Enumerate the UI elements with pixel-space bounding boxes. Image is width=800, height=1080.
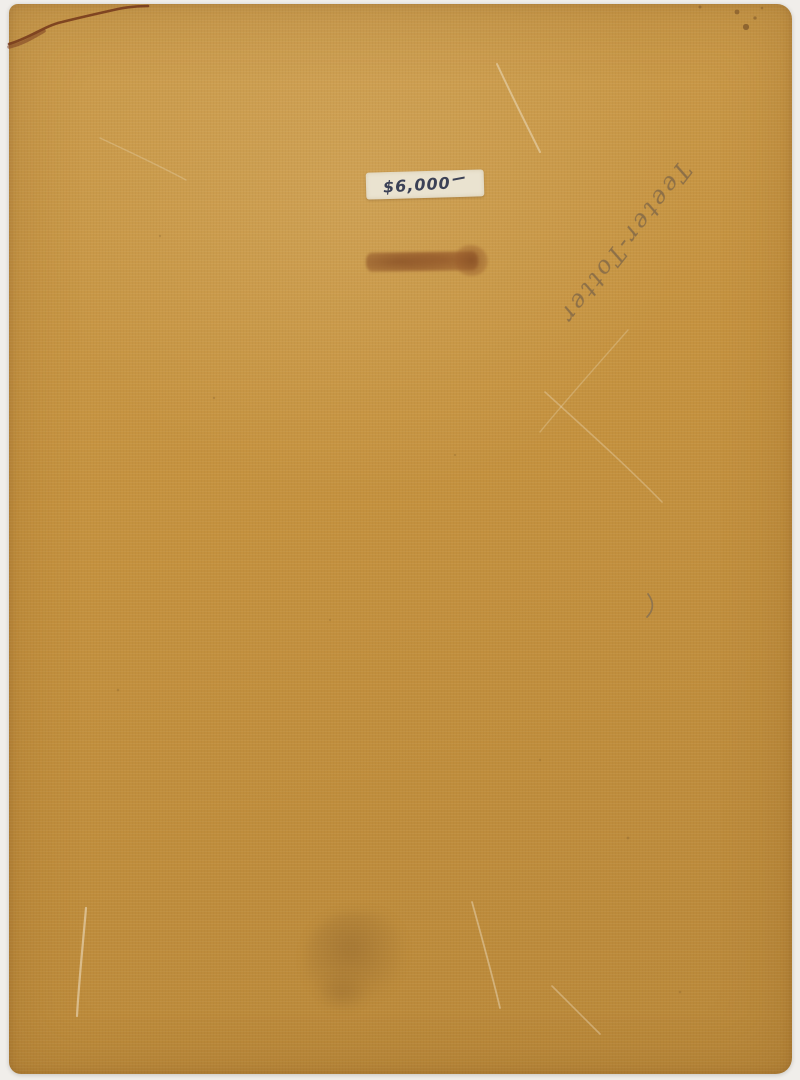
price-amount: $6,000 — [382, 173, 451, 196]
price-text: $6,000— — [382, 172, 468, 196]
price-sticker: $6,000— — [366, 169, 485, 199]
bottom-stain-small — [318, 975, 366, 1011]
adhesive-smudge-blob — [455, 245, 488, 276]
photo-background: $6,000— Teeter-Totter — [0, 0, 800, 1080]
price-dash: — — [450, 167, 468, 188]
